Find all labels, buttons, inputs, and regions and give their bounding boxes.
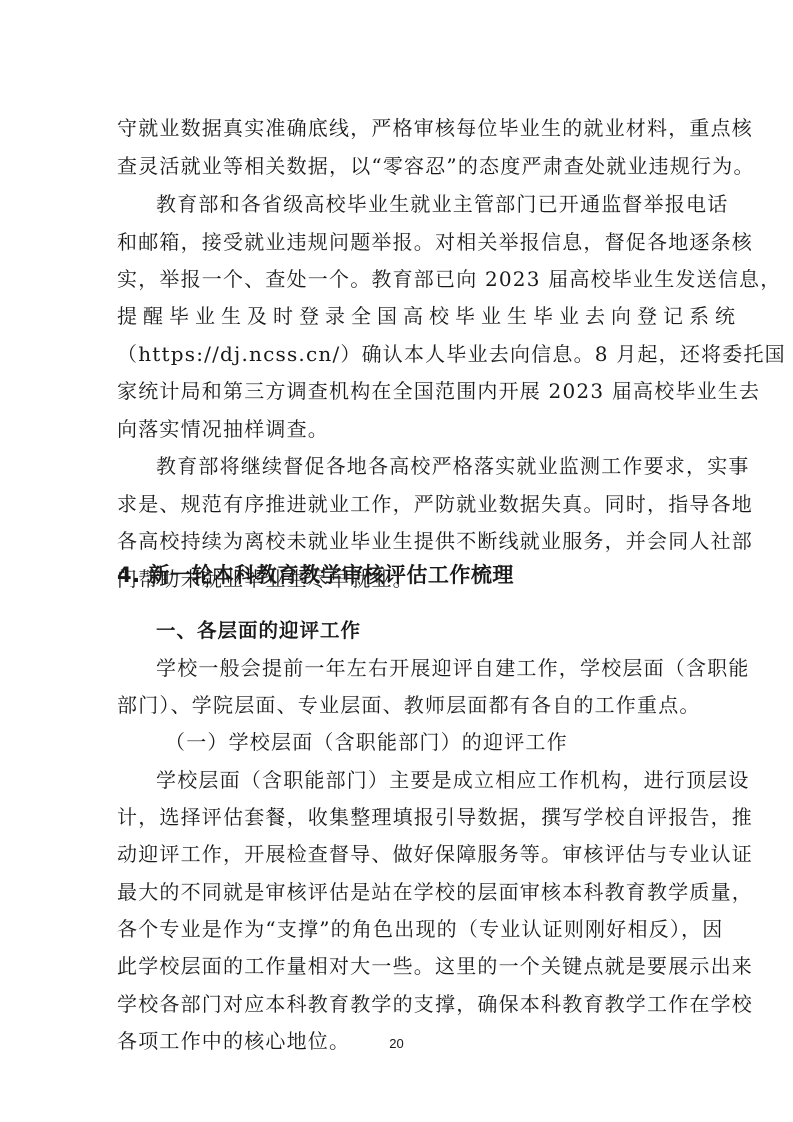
body-text-line: 查灵活就业等相关数据，以“零容忍”的态度严肃查处就业违规行为。 (117, 152, 677, 180)
body-text-line: 教育部和各省级高校毕业生就业主管部门已开通监督举报电话 (156, 190, 677, 218)
body-text-line: 教育部将继续督促各地各高校严格落实就业监测工作要求，实事 (156, 452, 677, 480)
body-text-line: 各个专业是作为“支撑”的角色出现的（专业认证则刚好相反），因 (117, 915, 677, 943)
body-text-line: 守就业数据真实准确底线，严格审核每位毕业生的就业材料，重点核 (117, 114, 677, 142)
body-text-line: 向落实情况抽样调查。 (117, 415, 677, 443)
body-text-line: 学校一般会提前一年左右开展迎评自建工作，学校层面（含职能 (156, 654, 677, 682)
body-text-line: 各高校持续为离校未就业毕业生提供不断线就业服务，并会同人社部 (117, 527, 677, 555)
body-text-line: 求是、规范有序推进就业工作，严防就业数据失真。同时，指导各地 (117, 490, 677, 518)
body-text-line: （https://dj.ncss.cn/）确认本人毕业去向信息。8 月起，还将委… (117, 340, 677, 368)
body-text-line: 此学校层面的工作量相对大一些。这里的一个关键点就是要展示出来 (117, 952, 677, 980)
body-text-line: 实，举报一个、查处一个。教育部已向 2023 届高校毕业生发送信息， (117, 265, 677, 293)
body-text-line: 和邮箱，接受就业违规问题举报。对相关举报信息，督促各地逐条核 (117, 228, 677, 256)
subsection-heading: 一、各层面的迎评工作 (156, 617, 361, 645)
body-text-line: 计，选择评估套餐，收集整理填报引导数据，撰写学校自评报告，推 (117, 803, 677, 831)
body-text-line: 学校层面（含职能部门）主要是成立相应工作机构，进行顶层设 (156, 766, 677, 794)
body-text-line: 学校各部门对应本科教育教学的支撑，确保本科教育教学工作在学校 (117, 990, 677, 1018)
body-text-line: 家统计局和第三方调查机构在全国范围内开展 2023 届高校毕业生去 (117, 377, 677, 405)
page-number: 20 (0, 1036, 793, 1051)
document-page: 守就业数据真实准确底线，严格审核每位毕业生的就业材料，重点核 查灵活就业等相关数… (0, 0, 793, 1122)
body-text-line: 最大的不同就是审核评估是站在学校的层面审核本科教育教学质量， (117, 878, 677, 906)
body-text-line: 动迎评工作，开展检查督导、做好保障服务等。审核评估与专业认证 (117, 840, 677, 868)
sub-subheading: （一）学校层面（含职能部门）的迎评工作 (165, 728, 725, 756)
body-text-line: 提醒毕业生及时登录全国高校毕业生毕业去向登记系统 (117, 302, 677, 330)
section-heading: 4. 新一轮本科教育教学审核评估工作梳理 (117, 560, 514, 590)
body-text-line: 部门）、学院层面、专业层面、教师层面都有各自的工作重点。 (117, 691, 677, 719)
